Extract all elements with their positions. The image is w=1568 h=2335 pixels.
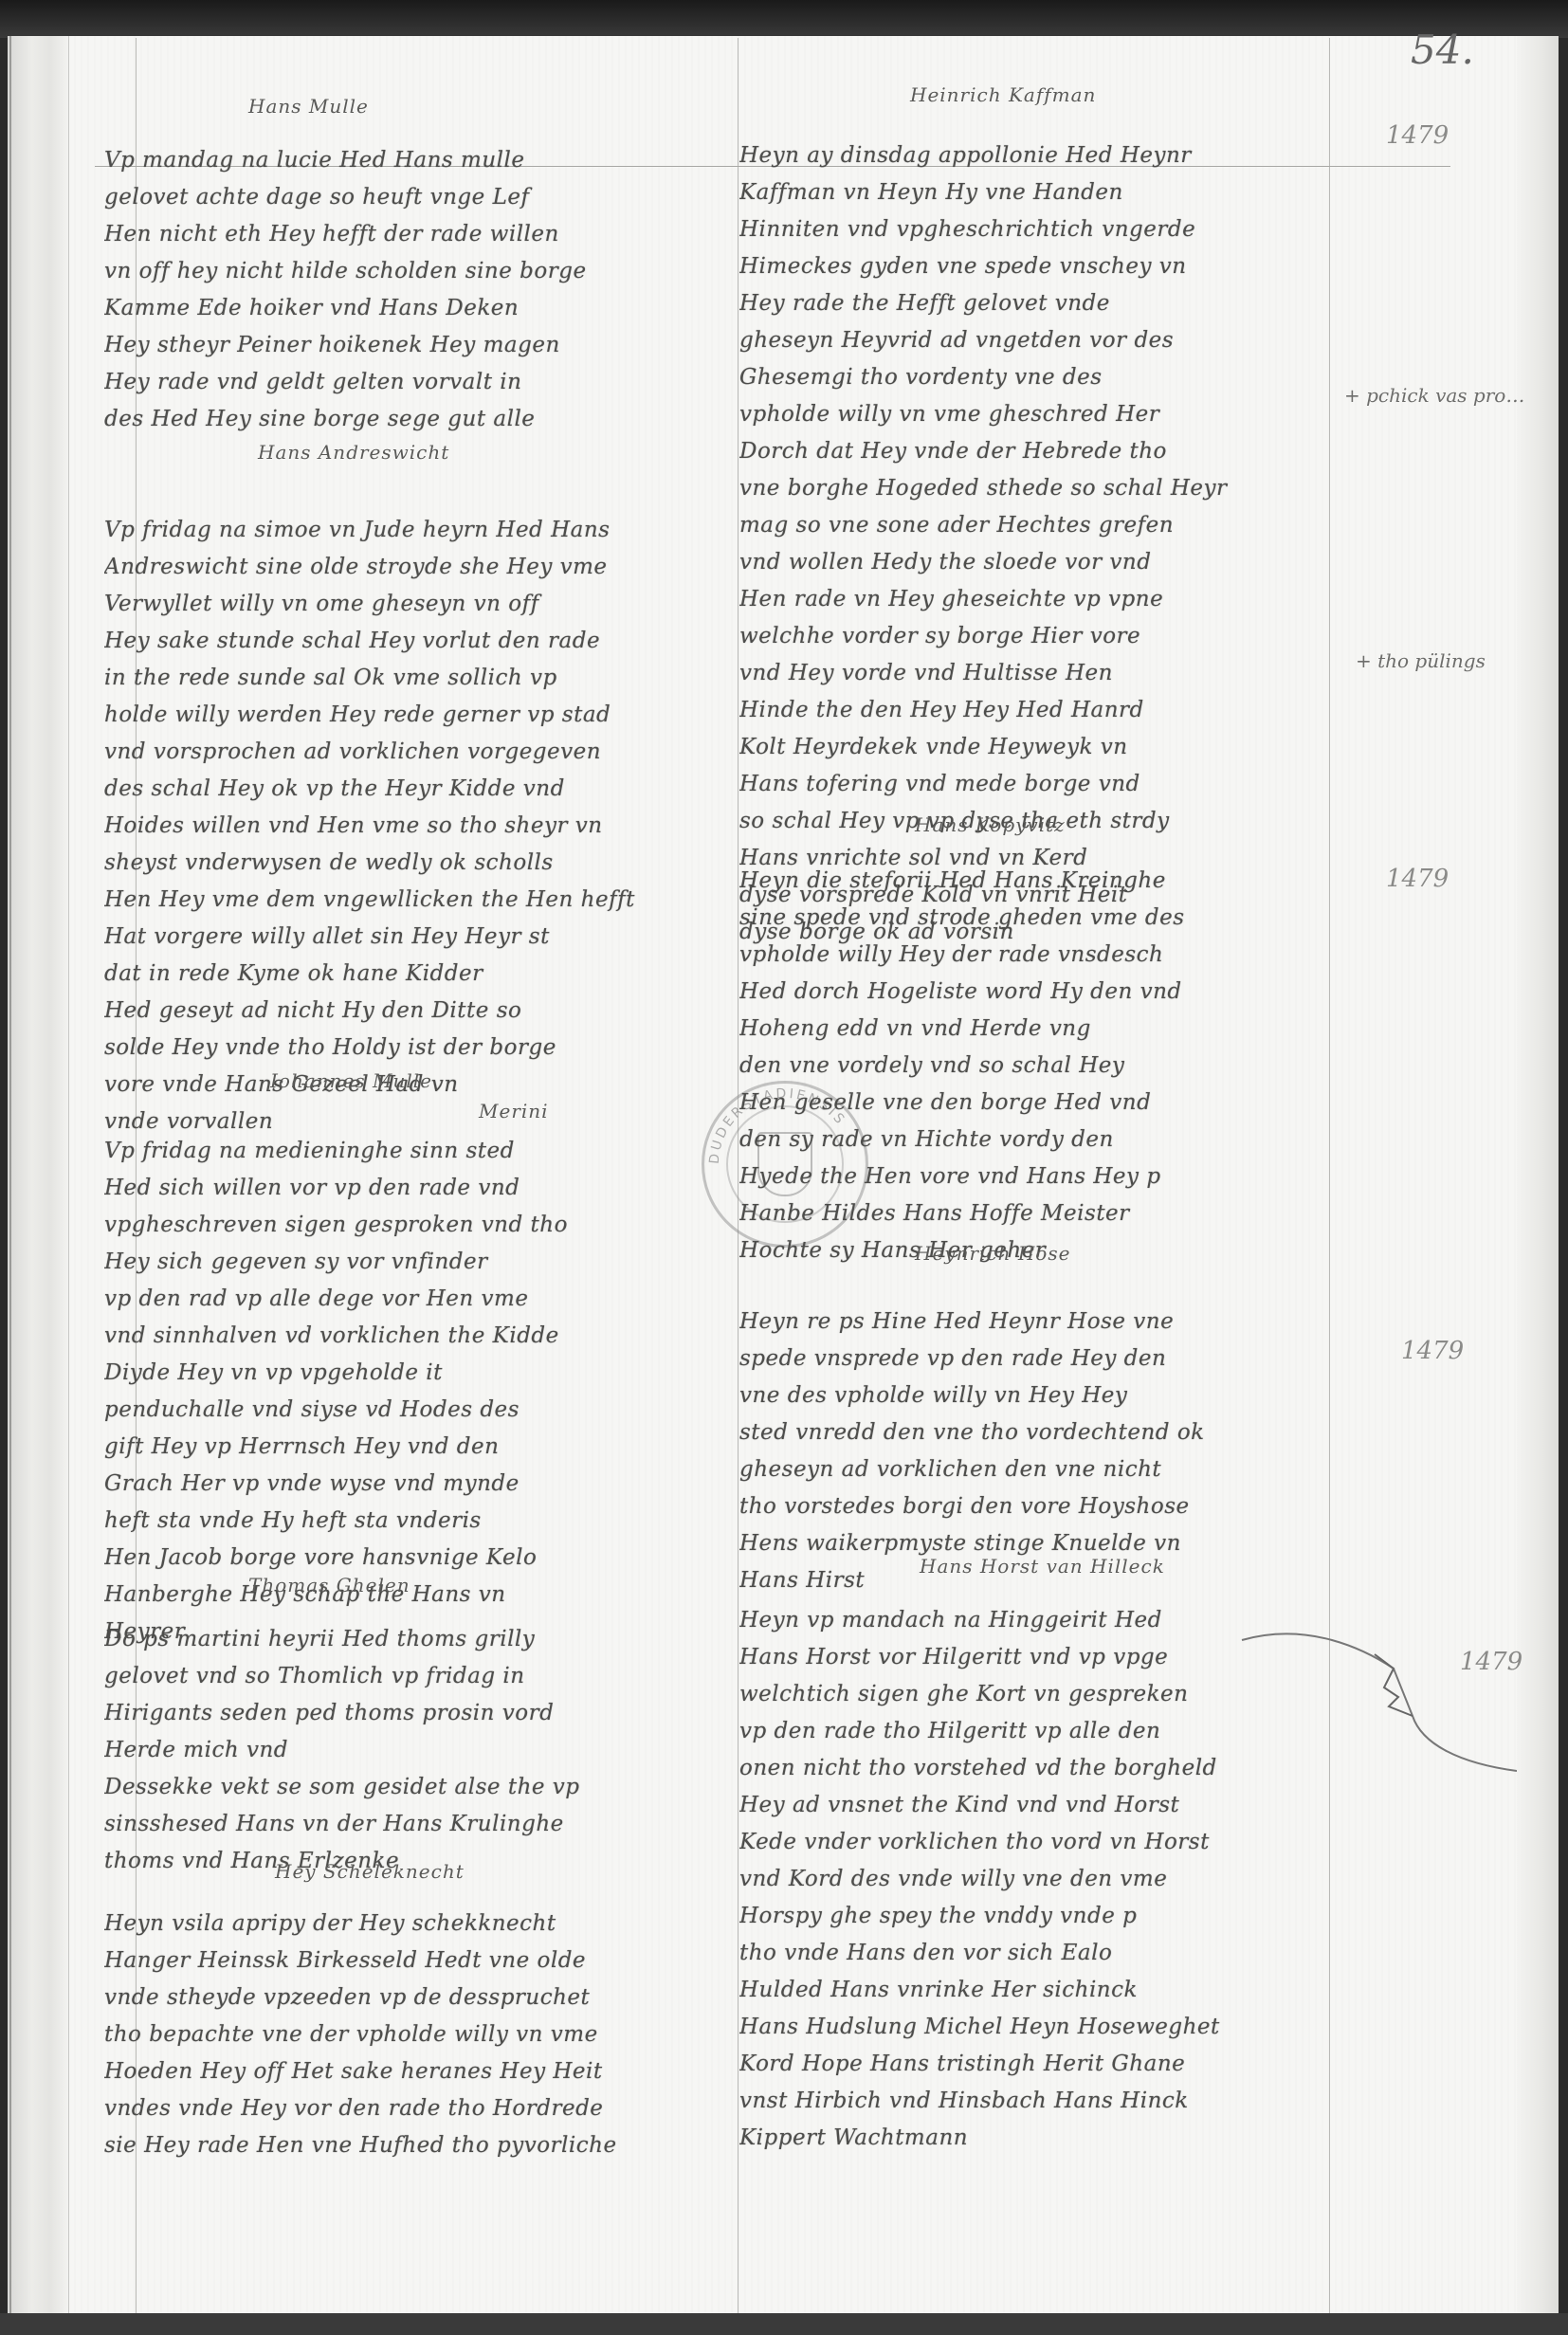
binding-edge-line (9, 36, 11, 2316)
entry-line: Kippert Wachtmann (739, 2120, 1332, 2157)
entry-line: sinsshesed Hans vn der Hans Krulinghe (104, 1806, 720, 1843)
entry-line: Heyn vp mandach na Hinggeirit Hed (739, 1602, 1332, 1639)
entry-line: Vp fridag na medieninghe sinn sted (104, 1133, 720, 1170)
entry-line: Ghesemgi tho vordenty vne des (739, 359, 1332, 396)
entry-heading: Hans Andreswicht (258, 441, 449, 464)
margin-note: + pchick vas pro… (1344, 384, 1524, 407)
entry-line: Horspy ghe spey the vnddy vnde p (739, 1898, 1332, 1935)
entry-line: Grach Her vp vnde wyse vnd mynde (104, 1466, 720, 1503)
entry-line: Hen geselle vne den borge Hed vnd (739, 1085, 1332, 1122)
entry-line: Hey ad vnsnet the Kind vnd vnd Horst (739, 1787, 1332, 1824)
entry-text: Vp fridag na medieninghe sinn sted Hed s… (104, 1133, 720, 1651)
entry-line: vpholde willy Hey der rade vnsdesch (739, 937, 1332, 974)
entry-line: sie Hey rade Hen vne Hufhed tho pyvorlic… (104, 2127, 720, 2164)
entry-line: vnd Kord des vnde willy vne den vme (739, 1861, 1332, 1898)
entry-line: den sy rade vn Hichte vordy den (739, 1122, 1332, 1158)
entry-line: Kamme Ede hoiker vnd Hans Deken (104, 290, 720, 327)
entry-text: Heyn vsila apripy der Hey schekknecht Ha… (104, 1906, 720, 2164)
entry-line: holde willy werden Hey rede gerner vp st… (104, 697, 720, 734)
entry-line: vp den rade tho Hilgeritt vp alle den (739, 1713, 1332, 1750)
margin-note: + tho pülings (1356, 649, 1486, 672)
entry-line: Hinde the den Hey Hey Hed Hanrd (739, 692, 1332, 729)
entry-line: welchhe vorder sy borge Hier vore (739, 618, 1332, 655)
entry-line: vnd wollen Hedy the sloede vor vnd (739, 544, 1332, 581)
entry-heading: Heynrich Hose (915, 1242, 1070, 1265)
entry-line: vnde stheyde vpzeeden vp de desspruchet (104, 1979, 720, 2016)
entry-line: vnd Hey vorde vnd Hultisse Hen (739, 655, 1332, 692)
entry-line: Dorch dat Hey vnde der Hebrede tho (739, 433, 1332, 470)
entry-text: Heyn vp mandach na Hinggeirit Hed Hans H… (739, 1602, 1332, 2157)
entry-line: Hed dorch Hogeliste word Hy den vnd (739, 974, 1332, 1011)
entry-line: Hey stheyr Peiner hoikenek Hey magen (104, 327, 720, 364)
entry-line: Hinniten vnd vpgheschrichtich vngerde (739, 211, 1332, 248)
scan-top-edge (0, 0, 1568, 38)
manuscript-scan: 54. 1479 1479 1479 1479 + pchick vas pro… (0, 0, 1568, 2335)
entry-line: Hirigants seden ped thoms prosin vord (104, 1695, 720, 1732)
entry-line: Hey rade the Hefft gelovet vnde (739, 285, 1332, 322)
entry-line: Andreswicht sine olde stroyde she Hey vm… (104, 549, 720, 586)
entry-line: tho vorstedes borgi den vore Hoyshose (739, 1488, 1332, 1525)
entry-line: spede vnsprede vp den rade Hey den (739, 1341, 1332, 1377)
entry-line: Hed geseyt ad nicht Hy den Ditte so (104, 993, 720, 1030)
entry-text: Do ps martini heyrii Hed thoms grilly ge… (104, 1621, 720, 1880)
entry-line: den vne vordely vnd so schal Hey (739, 1048, 1332, 1085)
entry-line: Heyn ay dinsdag appollonie Hed Heynr (739, 137, 1332, 174)
entry-line: vp den rad vp alle dege vor Hen vme (104, 1281, 720, 1318)
entry-line: Hat vorgere willy allet sin Hey Heyr st (104, 919, 720, 956)
entry-line: vpgheschreven sigen gesproken vnd tho (104, 1207, 720, 1244)
entry-heading: Iohannes Mulle (270, 1069, 432, 1092)
entry-line: Hanger Heinssk Birkesseld Hedt vne olde (104, 1943, 720, 1979)
entry-line: Heyn die steforii Hed Hans Kreinghe (739, 863, 1332, 900)
entry-heading: Hans Horst van Hilleck (920, 1555, 1165, 1578)
entry-line: dat in rede Kyme ok hane Kidder (104, 956, 720, 993)
entry-text: Vp fridag na simoe vn Jude heyrn Hed Han… (104, 512, 720, 1140)
page-right-edge (1517, 36, 1559, 2316)
binding-gutter (8, 36, 69, 2316)
entry-line: gelovet vnd so Thomlich vp fridag in (104, 1658, 720, 1695)
entry-line: Hey rade vnd geldt gelten vorvalt in (104, 364, 720, 401)
entry-line: Hen Hey vme dem vngewllicken the Hen hef… (104, 882, 720, 919)
entry-text: Heyn die steforii Hed Hans Kreinghe sine… (739, 863, 1332, 1269)
entry-line: penduchalle vnd siyse vd Hodes des (104, 1392, 720, 1429)
entry-line: des Hed Hey sine borge sege gut alle (104, 401, 720, 438)
entry-line: Hyede the Hen vore vnd Hans Hey p (739, 1158, 1332, 1195)
entry-superscript: Merini (479, 1100, 549, 1122)
entry-line: Hed sich willen vor vp den rade vnd (104, 1170, 720, 1207)
entry-line: gheseyn ad vorklichen den vne nicht (739, 1451, 1332, 1488)
entry-line: gelovet achte dage so heuft vnge Lef (104, 179, 720, 216)
page-number: 54. (1411, 27, 1474, 73)
entry-line: vn off hey nicht hilde scholden sine bor… (104, 253, 720, 290)
entry-line: sine spede vnd strode gheden vme des (739, 900, 1332, 937)
entry-line: in the rede sunde sal Ok vme sollich vp (104, 660, 720, 697)
entry-line: Kord Hope Hans tristingh Herit Ghane (739, 2046, 1332, 2083)
entry-line: vnd vorsprochen ad vorklichen vorgegeven (104, 734, 720, 771)
entry-heading: Hans Kopyvitz (915, 813, 1066, 836)
entry-line: Hen rade vn Hey gheseichte vp vpne (739, 581, 1332, 618)
entry-line: solde Hey vnde tho Holdy ist der borge (104, 1030, 720, 1067)
entry-line: vnst Hirbich vnd Hinsbach Hans Hinck (739, 2083, 1332, 2120)
entry-line: vne borghe Hogeded sthede so schal Heyr (739, 470, 1332, 507)
entry-line: welchtich sigen ghe Kort vn gespreken (739, 1676, 1332, 1713)
entry-line: Vp mandag na lucie Hed Hans mulle (104, 142, 720, 179)
entry-line: sted vnredd den vne tho vordechtend ok (739, 1414, 1332, 1451)
entry-line: Hoides willen vnd Hen vme so tho sheyr v… (104, 808, 720, 845)
entry-line: Heyn vsila apripy der Hey schekknecht (104, 1906, 720, 1943)
entry-line: tho bepachte vne der vpholde willy vn vm… (104, 2016, 720, 2053)
entry-line: Kede vnder vorklichen tho vord vn Horst (739, 1824, 1332, 1861)
entry-line: Hanberghe Hey schap the Hans vn (104, 1577, 720, 1614)
entry-line: vpholde willy vn vme gheschred Her (739, 396, 1332, 433)
margin-year: 1479 (1401, 1337, 1464, 1365)
entry-line: vnd sinnhalven vd vorklichen the Kidde (104, 1318, 720, 1355)
entry-heading: Thomas Ghelen (248, 1574, 410, 1596)
margin-year: 1479 (1386, 865, 1449, 893)
entry-line: sheyst vnderwysen de wedly ok scholls (104, 845, 720, 882)
entry-line: Diyde Hey vn vp vpgeholde it (104, 1355, 720, 1392)
entry-heading: Hey Scheleknecht (275, 1860, 465, 1883)
entry-line: Hanbe Hildes Hans Hoffe Meister (739, 1195, 1332, 1232)
entry-line: Hen nicht eth Hey hefft der rade willen (104, 216, 720, 253)
entry-line: Hans tofering vnd mede borge vnd (739, 766, 1332, 803)
entry-line: mag so vne sone ader Hechtes grefen (739, 507, 1332, 544)
entry-heading: Heinrich Kaffman (910, 83, 1096, 106)
entry-line: Vp fridag na simoe vn Jude heyrn Hed Han… (104, 512, 720, 549)
entry-line: Hans Horst vor Hilgeritt vnd vp vpge (739, 1639, 1332, 1676)
entry-line: gheseyn Heyvrid ad vngetden vor des (739, 322, 1332, 359)
entry-line: Hoeden Hey off Het sake heranes Hey Heit (104, 2053, 720, 2090)
entry-line: Hulded Hans vnrinke Her sichinck (739, 1972, 1332, 2009)
entry-line: Hoheng edd vn vnd Herde vng (739, 1011, 1332, 1048)
entry-line: vne des vpholde willy vn Hey Hey (739, 1377, 1332, 1414)
entry-line: Hans Hudslung Michel Heyn Hoseweghet (739, 2009, 1332, 2046)
entry-line: Herde mich vnd (104, 1732, 720, 1769)
entry-line: Hey sake stunde schal Hey vorlut den rad… (104, 623, 720, 660)
entry-line: des schal Hey ok vp the Heyr Kidde vnd (104, 771, 720, 808)
entry-line: Kaffman vn Heyn Hy vne Handen (739, 174, 1332, 211)
scan-bottom-edge (0, 2313, 1568, 2335)
entry-heading: Hans Mulle (248, 95, 369, 118)
entry-line: heft sta vnde Hy heft sta vnderis (104, 1503, 720, 1540)
entry-line: Heyn re ps Hine Hed Heynr Hose vne (739, 1304, 1332, 1341)
entry-line: Himeckes gyden vne spede vnschey vn (739, 248, 1332, 285)
entry-line: Hey sich gegeven sy vor vnfinder (104, 1244, 720, 1281)
entry-text: Vp mandag na lucie Hed Hans mulle gelove… (104, 142, 720, 438)
entry-line: vndes vnde Hey vor den rade tho Hordrede (104, 2090, 720, 2127)
margin-year: 1479 (1386, 121, 1449, 150)
entry-line: gift Hey vp Herrnsch Hey vnd den (104, 1429, 720, 1466)
entry-line: Verwyllet willy vn ome gheseyn vn off (104, 586, 720, 623)
entry-line: Do ps martini heyrii Hed thoms grilly (104, 1621, 720, 1658)
entry-line: Hen Jacob borge vore hansvnige Kelo (104, 1540, 720, 1577)
entry-line: tho vnde Hans den vor sich Ealo (739, 1935, 1332, 1972)
entry-line: onen nicht tho vorstehed vd the borgheld (739, 1750, 1332, 1787)
entry-line: Kolt Heyrdekek vnde Heyweyk vn (739, 729, 1332, 766)
entry-line: Dessekke vekt se som gesidet alse the vp (104, 1769, 720, 1806)
